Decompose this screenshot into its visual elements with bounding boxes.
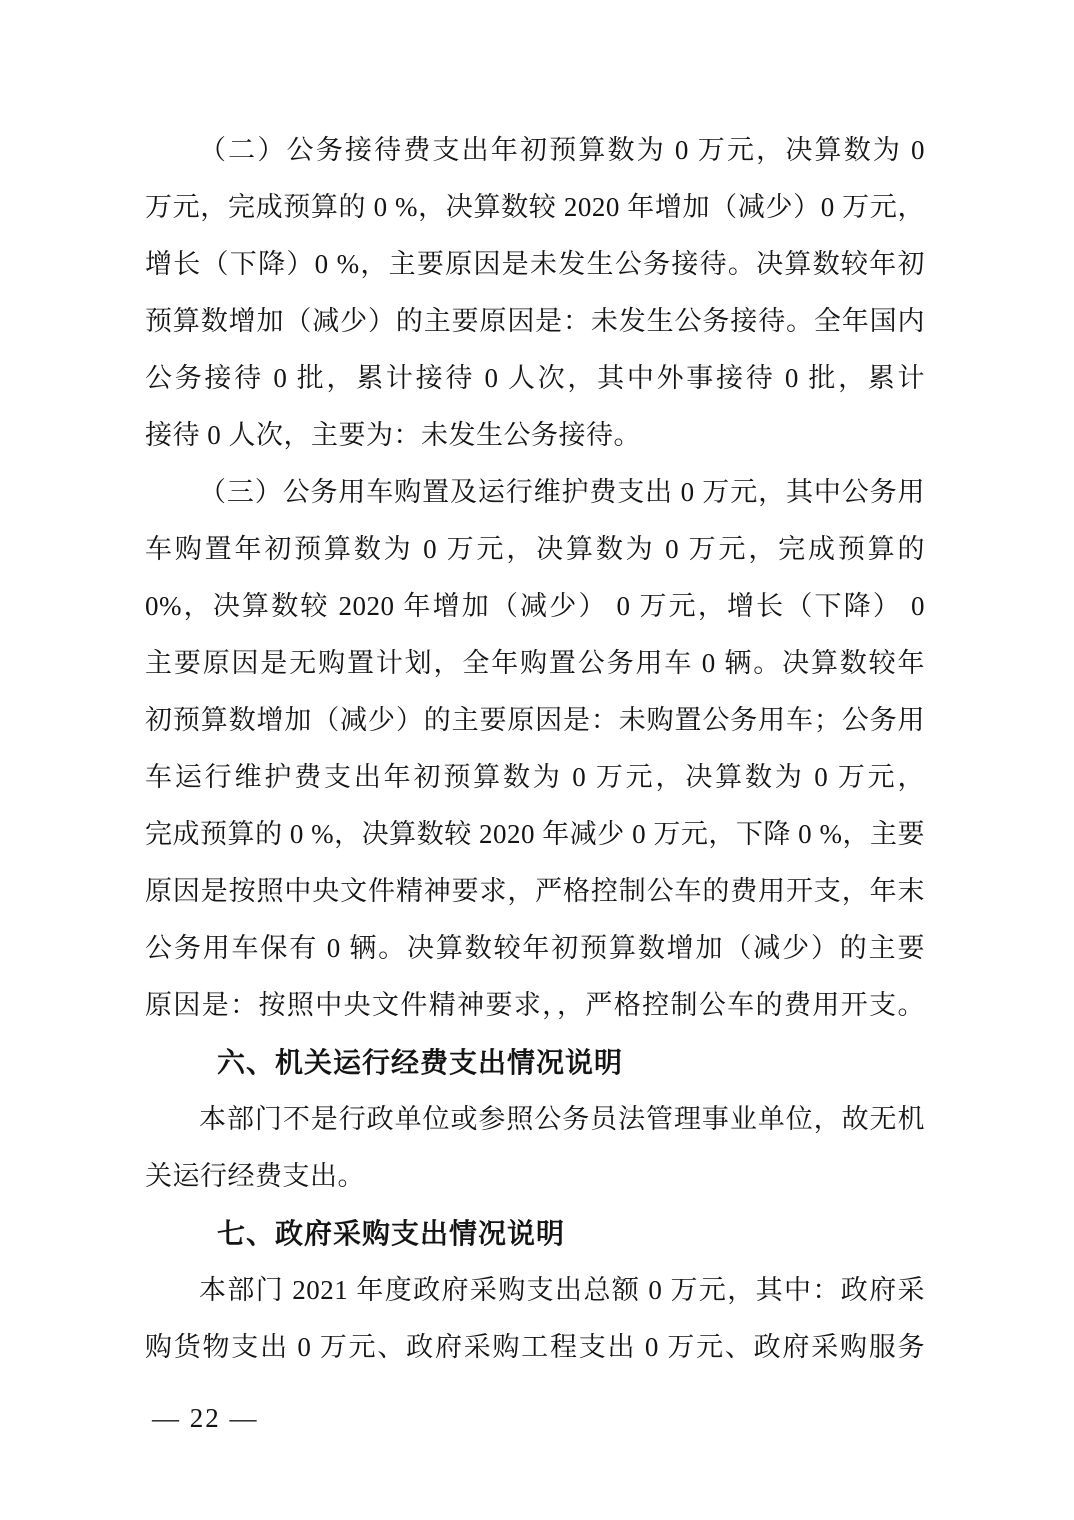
document-line: 购货物支出 0 万元、政府采购工程支出 0 万元、政府采购服务 [145, 1319, 925, 1376]
document-page: （二）公务接待费支出年初预算数为 0 万元，决算数为 0万元，完成预算的 0 %… [0, 0, 1074, 1520]
document-line: 主要原因是无购置计划，全年购置公务用车 0 辆。决算数较年 [145, 635, 925, 692]
document-line: 0%，决算数较 2020 年增加（减少） 0 万元，增长（下降） 0 %， [145, 578, 925, 635]
document-line: 车购置年初预算数为 0 万元，决算数为 0 万元，完成预算的 [145, 521, 925, 578]
document-line: 增长（下降）0 %，主要原因是未发生公务接待。决算数较年初 [145, 236, 925, 293]
document-line: 万元，完成预算的 0 %，决算数较 2020 年增加（减少）0 万元， [145, 179, 925, 236]
page-number: — 22 — [152, 1398, 259, 1438]
document-line: 本部门 2021 年度政府采购支出总额 0 万元，其中：政府采 [145, 1262, 925, 1319]
document-line: 接待 0 人次，主要为：未发生公务接待。 [145, 407, 925, 464]
document-line: 关运行经费支出。 [145, 1148, 925, 1205]
section-heading: 六、机关运行经费支出情况说明 [145, 1034, 925, 1091]
document-line: （二）公务接待费支出年初预算数为 0 万元，决算数为 0 [145, 122, 925, 179]
document-lines: （二）公务接待费支出年初预算数为 0 万元，决算数为 0万元，完成预算的 0 %… [145, 122, 925, 1376]
document-line: 公务用车保有 0 辆。决算数较年初预算数增加（减少）的主要 [145, 920, 925, 977]
document-line: 原因是：按照中央文件精神要求，，严格控制公车的费用开支。 [145, 977, 925, 1034]
document-line: 完成预算的 0 %，决算数较 2020 年减少 0 万元，下降 0 %，主要 [145, 806, 925, 863]
document-line: （三）公务用车购置及运行维护费支出 0 万元，其中公务用 [145, 464, 925, 521]
document-line: 公务接待 0 批，累计接待 0 人次，其中外事接待 0 批，累计 [145, 350, 925, 407]
document-line: 原因是按照中央文件精神要求，严格控制公车的费用开支，年末 [145, 863, 925, 920]
document-line: 本部门不是行政单位或参照公务员法管理事业单位，故无机 [145, 1091, 925, 1148]
document-line: 车运行维护费支出年初预算数为 0 万元，决算数为 0 万元， [145, 749, 925, 806]
section-heading: 七、政府采购支出情况说明 [145, 1205, 925, 1262]
document-line: 初预算数增加（减少）的主要原因是：未购置公务用车；公务用 [145, 692, 925, 749]
document-line: 预算数增加（减少）的主要原因是：未发生公务接待。全年国内 [145, 293, 925, 350]
